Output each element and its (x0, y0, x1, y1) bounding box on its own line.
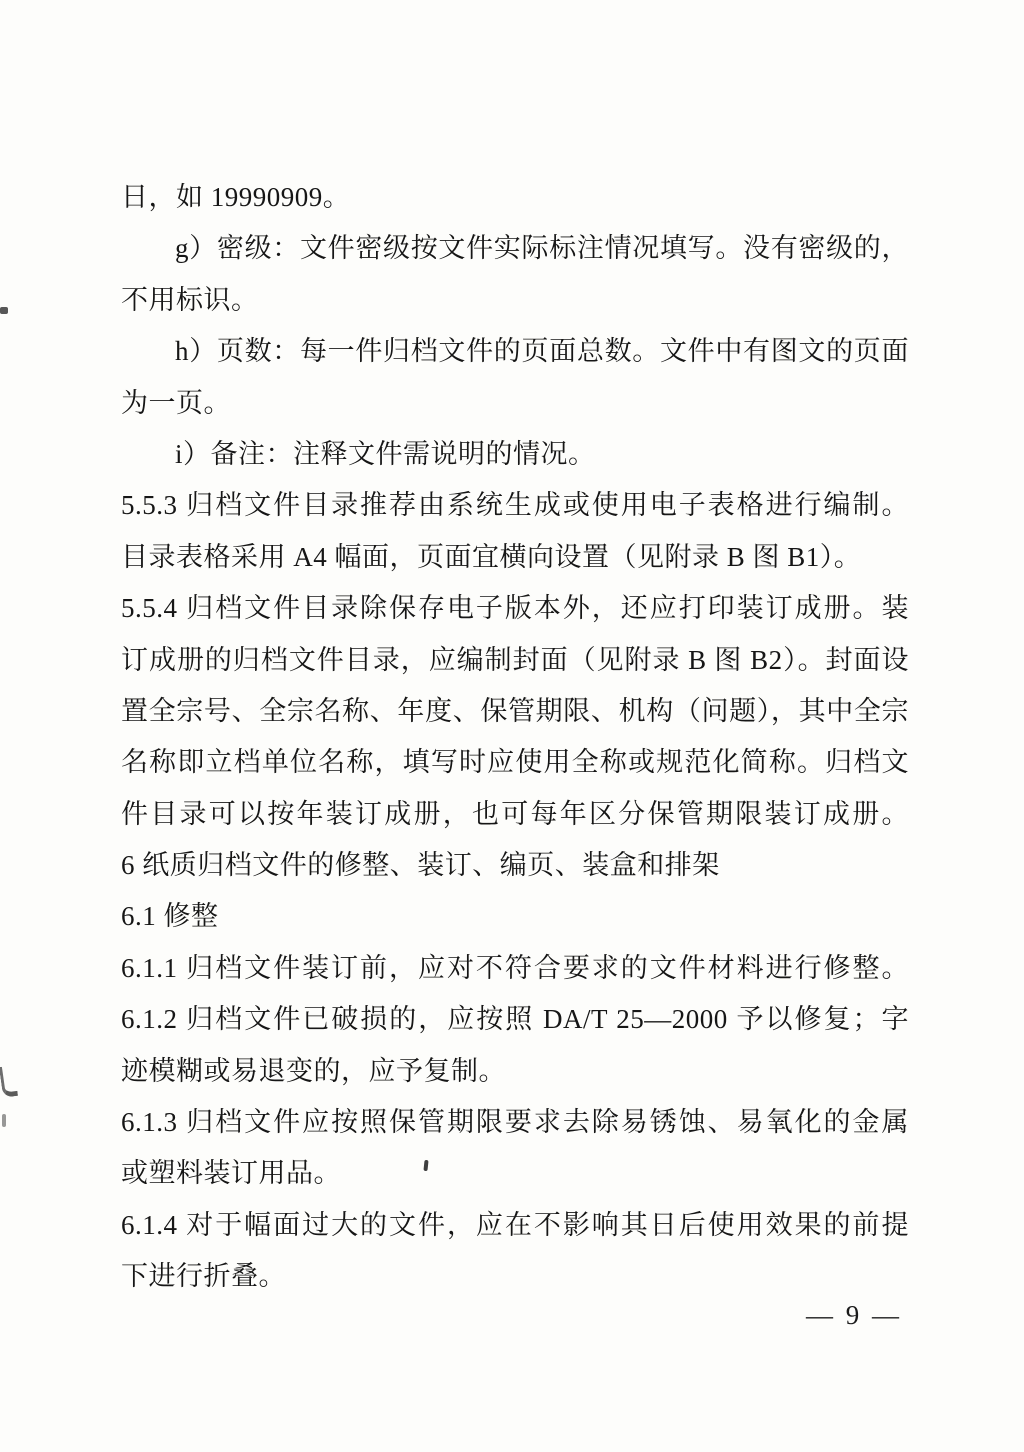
text-line: 5.5.3 归档文件目录推荐由系统生成或使用电子表格进行编制。 (121, 480, 909, 531)
text-line: i）备注：注释文件需说明的情况。 (121, 429, 909, 480)
text-line: 6.1.1 归档文件装订前，应对不符合要求的文件材料进行修整。 (121, 943, 909, 994)
text-line: 不用标识。 (121, 275, 909, 326)
text-line: 日，如 19990909。 (121, 172, 909, 223)
text-line: 置全宗号、全宗名称、年度、保管期限、机构（问题），其中全宗 (121, 686, 909, 737)
text-line: 或塑料装订用品。 (121, 1148, 909, 1199)
text-line: 6.1.4 对于幅面过大的文件，应在不影响其日后使用效果的前提 (121, 1200, 909, 1251)
text-line: 订成册的归档文件目录，应编制封面（见附录 B 图 B2）。封面设 (121, 635, 909, 686)
text-line: 为一页。 (121, 378, 909, 429)
text-line: 6.1.3 归档文件应按照保管期限要求去除易锈蚀、易氧化的金属 (121, 1097, 909, 1148)
text-line: 下进行折叠。 (121, 1251, 909, 1302)
subsection-heading: 6.1 修整 (121, 891, 909, 942)
text-line: g）密级：文件密级按文件实际标注情况填写。没有密级的， (121, 223, 909, 274)
text-line: 件目录可以按年装订成册，也可每年区分保管期限装订成册。 (121, 789, 909, 840)
scan-artifact (0, 307, 8, 314)
text-line: h）页数：每一件归档文件的页面总数。文件中有图文的页面 (121, 326, 909, 377)
document-page: 日，如 19990909。 g）密级：文件密级按文件实际标注情况填写。没有密级的… (0, 0, 1024, 1452)
page-number: — 9 — (806, 1300, 902, 1331)
section-heading: 6 纸质归档文件的修整、装订、编页、装盒和排架 (121, 840, 909, 891)
text-line: 目录表格采用 A4 幅面，页面宜横向设置（见附录 B 图 B1）。 (121, 532, 909, 583)
scan-artifact (0, 1065, 18, 1098)
scan-artifact (2, 1114, 6, 1127)
text-line: 6.1.2 归档文件已破损的，应按照 DA/T 25—2000 予以修复；字 (121, 994, 909, 1045)
text-line: 迹模糊或易退变的，应予复制。 (121, 1046, 909, 1097)
document-text-block: 日，如 19990909。 g）密级：文件密级按文件实际标注情况填写。没有密级的… (121, 172, 909, 1303)
text-line: 5.5.4 归档文件目录除保存电子版本外，还应打印装订成册。装 (121, 583, 909, 634)
text-line: 名称即立档单位名称，填写时应使用全称或规范化简称。归档文 (121, 737, 909, 788)
